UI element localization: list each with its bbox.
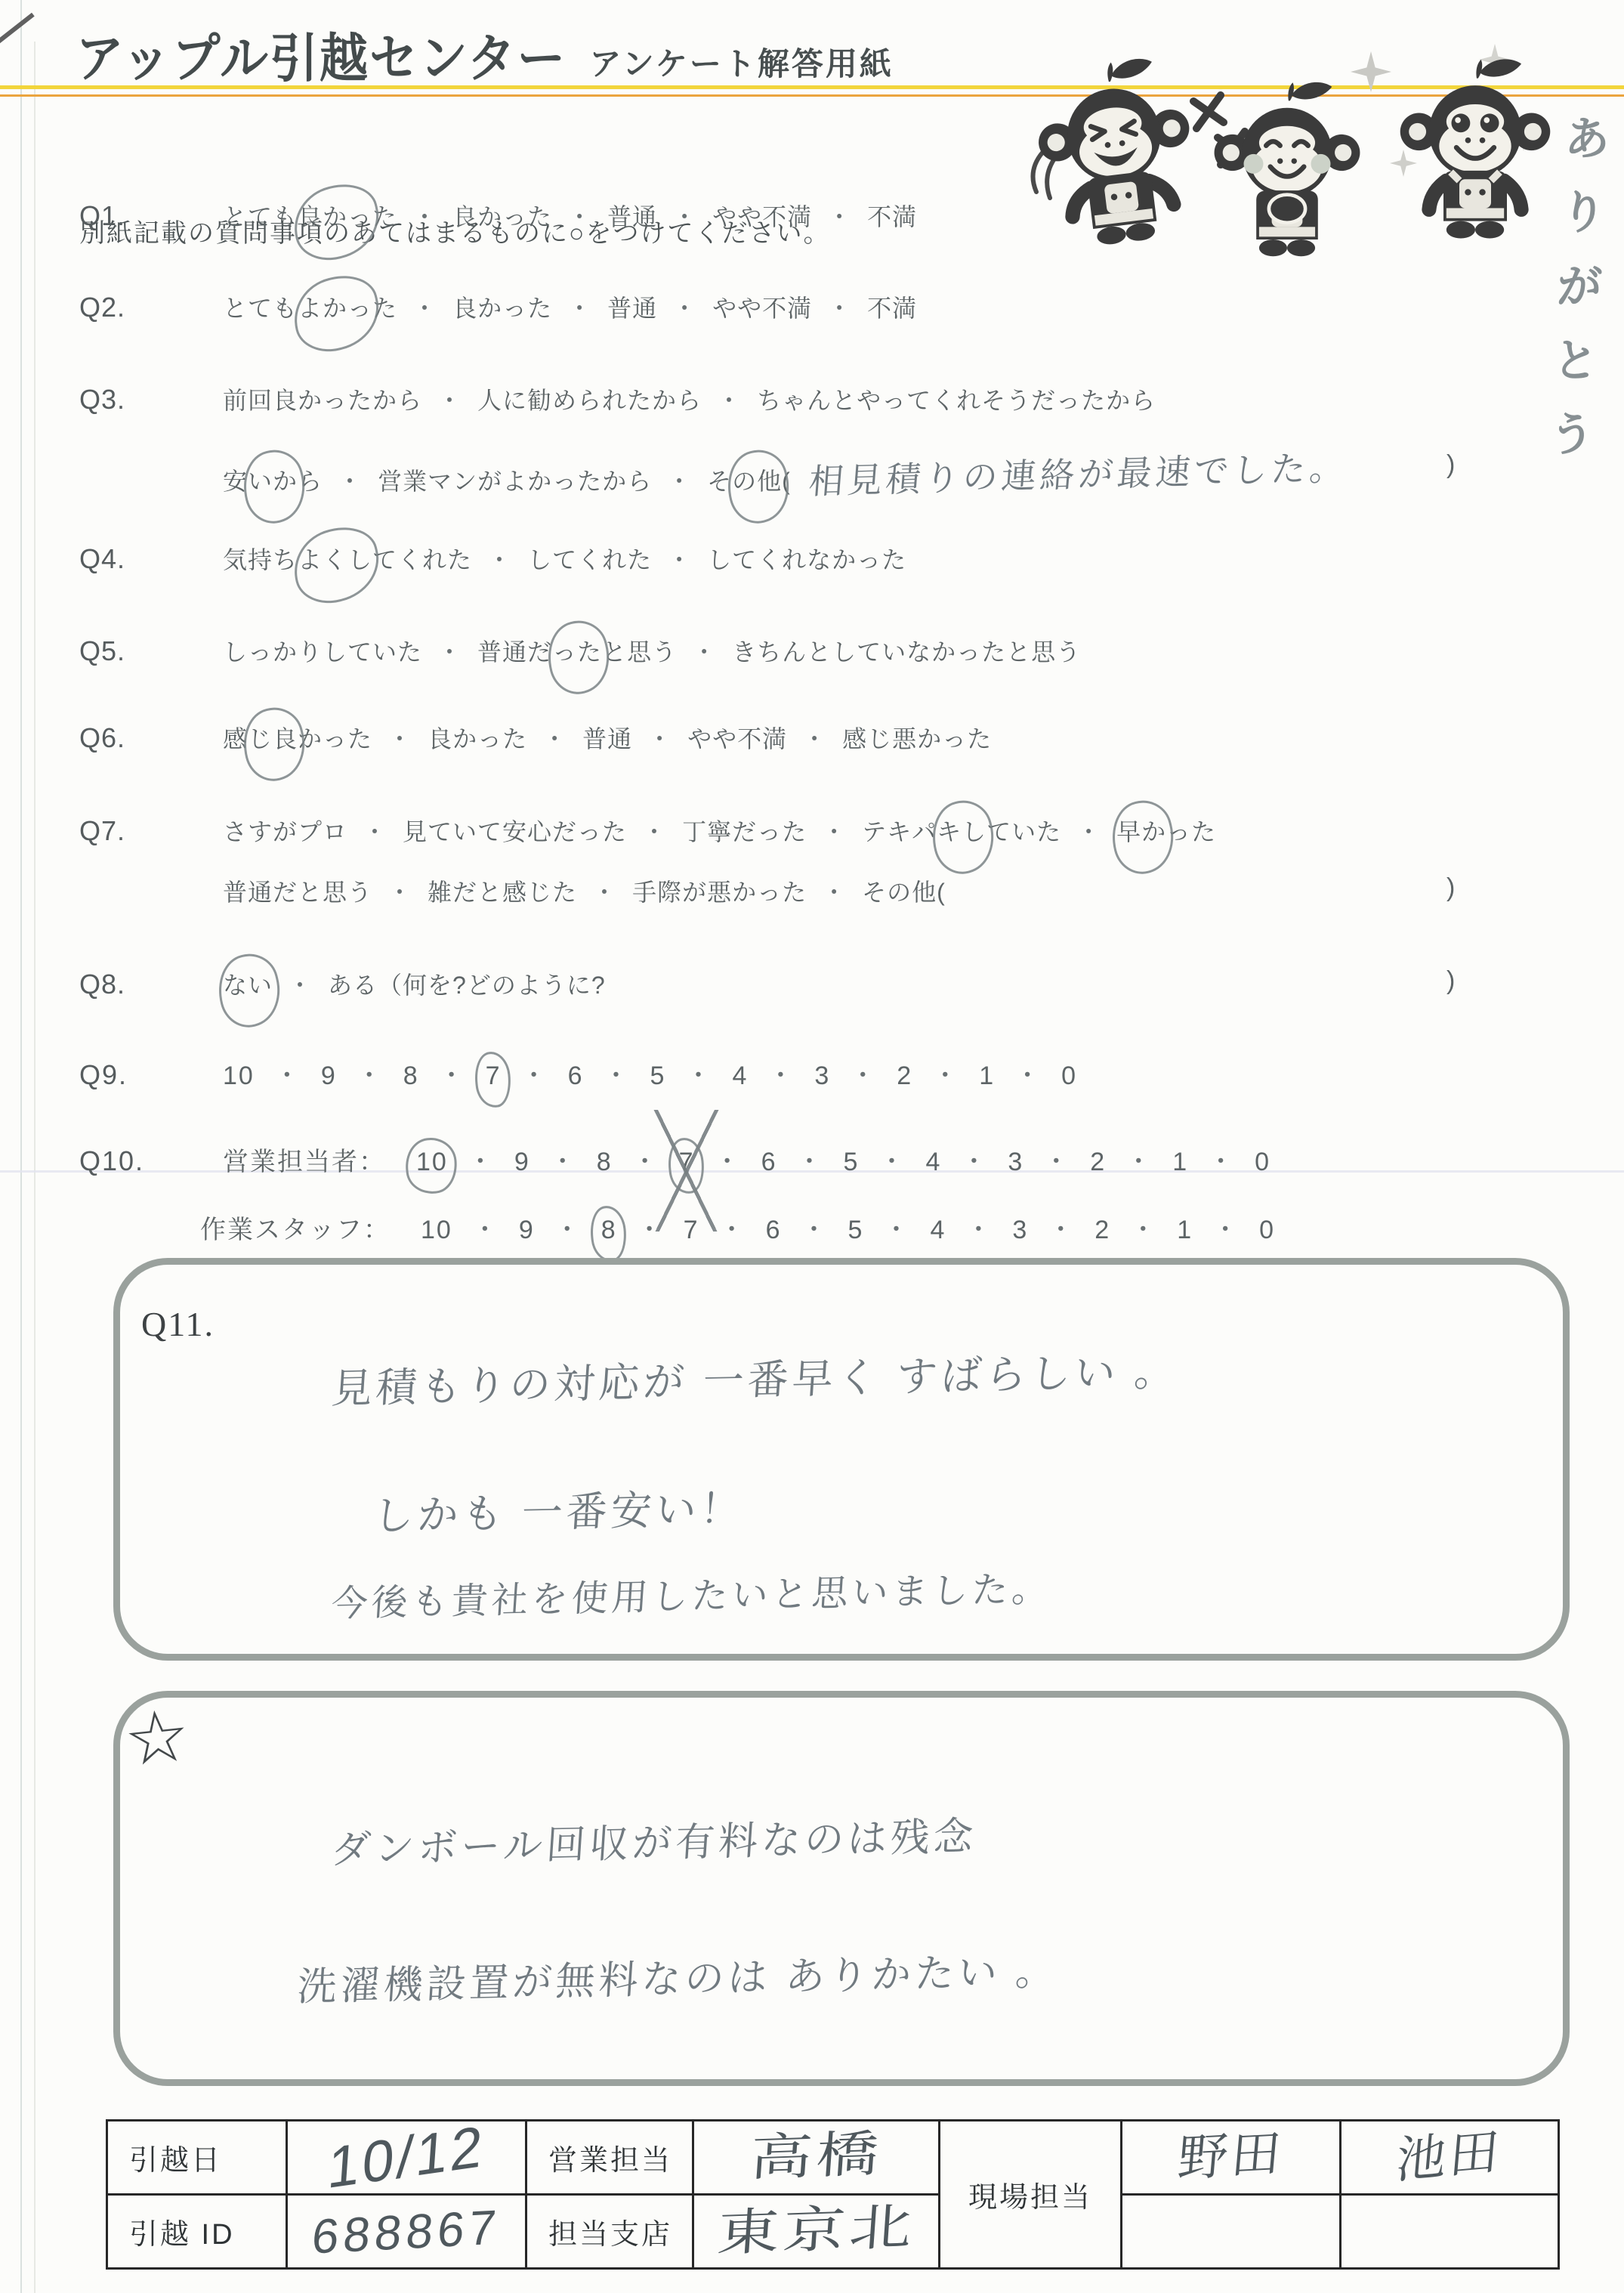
option-text: 良かった	[452, 198, 552, 233]
option-separator: ・	[647, 725, 672, 752]
question-row-q3-line1: Q3.前回良かったから・人に勧められたから・ちゃんとやってくれそうだったから	[79, 382, 1601, 427]
sales-rep-value: 高橋	[693, 2121, 940, 2195]
option-text: してくれなかった	[707, 541, 906, 576]
option-separator: ・	[1076, 818, 1101, 845]
question-label: Q2.	[79, 292, 223, 323]
option-text: 営業マンがよかったから	[378, 462, 652, 497]
branch-label: 担当支店	[526, 2195, 693, 2269]
answer-circle: よくし	[298, 541, 372, 576]
answer-circle: 良かっ	[298, 198, 372, 233]
option-separator: ・	[472, 1216, 499, 1244]
option-text: やや不満	[712, 198, 812, 233]
option-separator: ・	[1212, 1216, 1240, 1244]
option-text: 8	[597, 1148, 613, 1177]
question-label: Q8.	[79, 969, 223, 1000]
option-separator: ・	[288, 972, 313, 999]
option-separator: ・	[1125, 1148, 1153, 1176]
question-row-q2: Q2.とてもよかった・良かった・普通・やや不満・不満	[79, 289, 1601, 335]
closing-paren: )	[1446, 966, 1456, 996]
option-text: とても良かった	[223, 198, 397, 233]
option-separator: ・	[719, 1216, 746, 1244]
option-text: 3	[814, 1062, 830, 1091]
sales-rep-label: 営業担当	[526, 2121, 693, 2195]
option-separator: ・	[592, 879, 617, 906]
answer-circle: ない	[223, 966, 273, 1001]
option-text: 4	[732, 1062, 748, 1091]
option-separator: ・	[637, 1216, 664, 1244]
site-staff-label: 現場担当	[940, 2121, 1122, 2269]
option-text: その他(	[862, 873, 946, 908]
option-text: 0	[1255, 1148, 1270, 1177]
move-info-table: 引越日 10/12 営業担当 高橋 現場担当 野田 池田 引越 ID 68886…	[106, 2119, 1560, 2270]
answer-circle: 7	[486, 1062, 502, 1091]
option-separator: ・	[274, 1062, 301, 1090]
option-separator: ・	[567, 203, 592, 230]
option-separator: ・	[604, 1062, 631, 1090]
option-text: テキパキしていた	[862, 813, 1061, 848]
question-label: Q7.	[79, 815, 223, 847]
question-row-q6: Q6.感じ良かった・良かった・普通・やや不満・感じ悪かった	[79, 720, 1601, 765]
option-text: 5	[650, 1062, 666, 1091]
option-separator: ・	[827, 203, 852, 230]
option-text: 10	[416, 1148, 448, 1177]
answer-circle: 10	[416, 1148, 448, 1177]
question-label: Q10.	[79, 1145, 223, 1177]
option-text: やや不満	[687, 720, 787, 755]
answer-circle: キし	[937, 813, 986, 848]
option-text: ある（何を?どのように?	[328, 966, 606, 1001]
option-separator: ・	[802, 725, 827, 752]
option-separator: ・	[632, 1148, 659, 1176]
option-text: 不満	[867, 289, 917, 324]
option-text: 3	[1008, 1148, 1023, 1177]
monkey-mascot-shy	[1210, 82, 1364, 263]
option-text: 9	[519, 1216, 535, 1245]
option-text: 9	[321, 1062, 337, 1091]
question-row-q9: Q9.10・9・8・7・6・5・4・3・2・1・0	[79, 1055, 1601, 1100]
option-text: ちゃんとやってくれそうだったから	[757, 382, 1156, 416]
option-text: 7	[684, 1216, 699, 1245]
option-text: 1	[1172, 1148, 1188, 1177]
option-text: 見ていて安心だった	[403, 813, 627, 848]
question-row-q10-staff: 作業スタッフ：10・9・8・7・6・5・4・3・2・1・0	[79, 1209, 1601, 1254]
option-separator: ・	[550, 1148, 577, 1176]
option-text: 6	[568, 1062, 584, 1091]
scan-artifact-line	[20, 0, 22, 2293]
option-text: 1	[1177, 1216, 1193, 1245]
question-label: Q5.	[79, 635, 223, 667]
move-id-value: 688867	[287, 2195, 526, 2269]
option-text: 良かった	[428, 720, 527, 755]
option-text: 人に勧められたから	[477, 382, 702, 416]
question-row-q5: Q5.しっかりしていた・普通だったと思う・きちんとしていなかったと思う	[79, 633, 1601, 678]
option-separator: ・	[715, 1148, 742, 1176]
comment-box-extra: ダンボール回収が有料なのは残念 洗濯機設置が無料なのは ありかたい 。	[113, 1691, 1570, 2086]
answer-circle: じ良	[248, 720, 298, 755]
branch-value: 東京北	[693, 2195, 940, 2269]
option-text: ない	[223, 966, 273, 1001]
empty-cell	[1341, 2195, 1559, 2269]
answer-circle-crossed: 7	[679, 1148, 695, 1177]
answer-circle: 早か	[1116, 813, 1166, 848]
answer-circle: の他	[732, 462, 782, 497]
option-text: 10	[421, 1216, 452, 1245]
answer-circle: いか	[248, 462, 298, 497]
answer-circle: よかっ	[298, 289, 372, 324]
option-separator: ・	[1048, 1216, 1075, 1244]
scanned-survey-page: アップル引越センター アンケート解答用紙 別紙記載の質問事項のあてはまるものに○…	[0, 0, 1624, 2293]
header: アップル引越センター アンケート解答用紙	[76, 20, 894, 89]
question-row-q7-line2: 普通だと思う・雑だと感じた・手際が悪かった・その他()	[79, 873, 1601, 919]
option-text: 0	[1061, 1062, 1077, 1091]
handwritten-comment: ダンボール回収が有料なのは残念	[330, 1804, 979, 1874]
move-id-label: 引越 ID	[107, 2195, 287, 2269]
site-staff-value-1: 野田	[1122, 2121, 1341, 2195]
option-separator: ・	[961, 1148, 988, 1176]
option-separator: ・	[672, 203, 697, 230]
option-separator: ・	[439, 1062, 466, 1090]
monkey-mascot-smiling	[1396, 59, 1555, 245]
option-text: 感じ悪かった	[842, 720, 992, 755]
option-separator: ・	[672, 295, 697, 322]
closing-paren: )	[1446, 450, 1456, 480]
option-separator: ・	[1014, 1062, 1042, 1090]
option-text: とてもよかった	[223, 289, 397, 324]
option-text: 6	[761, 1148, 777, 1177]
option-separator: ・	[567, 295, 592, 322]
question-label: Q6.	[79, 722, 223, 754]
brand-title: アップル引越センター	[76, 17, 567, 91]
scan-corner-mark	[0, 13, 35, 43]
option-text: 丁寧だった	[682, 813, 807, 848]
monkey-mascot-laughing	[1026, 53, 1208, 258]
option-separator: ・	[437, 387, 462, 414]
option-separator: ・	[487, 546, 512, 573]
option-text: 1	[979, 1062, 995, 1091]
option-text: 普通だと思う	[223, 873, 372, 908]
option-text: 7	[486, 1062, 502, 1091]
option-text: きちんとしていなかったと思う	[732, 633, 1081, 668]
option-text: 5	[844, 1148, 860, 1177]
question-label: Q3.	[79, 384, 223, 416]
option-separator: ・	[437, 638, 462, 666]
option-text: さすがプロ	[223, 813, 347, 848]
handwritten-comment: しかも 一番安い！	[371, 1476, 746, 1542]
comment-box-q11: Q11. 見積もりの対応が 一番早く すばらしい 。 しかも 一番安い！ 今後も…	[113, 1258, 1570, 1661]
row-prefix-label: 営業担当者：	[223, 1148, 386, 1176]
option-separator: ・	[338, 468, 363, 495]
option-separator: ・	[850, 1062, 877, 1090]
option-text: 7	[679, 1148, 695, 1177]
question-label: Q4.	[79, 543, 223, 575]
question-row-q3-line2: 安いから・営業マンがよかったから・その他(相見積りの連絡が最速でした。)	[79, 450, 1601, 496]
row-prefix-label: 作業スタッフ：	[200, 1216, 391, 1244]
option-separator: ・	[692, 638, 717, 666]
option-separator: ・	[667, 468, 692, 495]
option-separator: ・	[932, 1062, 959, 1090]
answer-circle: 8	[601, 1216, 617, 1245]
option-separator: ・	[1130, 1216, 1157, 1244]
option-separator: ・	[521, 1062, 548, 1090]
option-text: 9	[514, 1148, 530, 1177]
option-separator: ・	[1208, 1148, 1235, 1176]
scan-artifact-line	[34, 42, 36, 2293]
answer-circle: った	[552, 633, 602, 668]
option-text: 2	[1095, 1216, 1110, 1245]
option-separator: ・	[685, 1062, 712, 1090]
option-text: 2	[1090, 1148, 1106, 1177]
option-text: 8	[601, 1216, 617, 1245]
question-row-q8: Q8.ない・ある（何を?どのように?)	[79, 966, 1601, 1012]
option-separator: ・	[468, 1148, 495, 1176]
option-text: 3	[1012, 1216, 1028, 1245]
handwritten-comment: 見積もりの対応が 一番早く すばらしい 。	[330, 1339, 1181, 1415]
form-title: アンケート解答用紙	[589, 39, 893, 85]
handwritten-other-text: 相見積りの連絡が最速でした。	[807, 440, 1350, 505]
mascot-illustration	[1012, 38, 1586, 257]
option-separator: ・	[357, 1062, 384, 1090]
option-text: 普通	[582, 720, 632, 755]
question-row-q7-line1: Q7.さすがプロ・見ていて安心だった・丁寧だった・テキパキしていた・早かった	[79, 813, 1601, 858]
option-separator: ・	[1043, 1148, 1070, 1176]
option-separator: ・	[412, 203, 437, 230]
option-separator: ・	[667, 546, 692, 573]
option-text: 5	[848, 1216, 864, 1245]
option-text: 前回良かったから	[223, 382, 422, 416]
move-date-label: 引越日	[107, 2121, 287, 2195]
option-text: 普通	[607, 198, 657, 233]
question-label: Q9.	[79, 1059, 223, 1091]
option-text: 4	[930, 1216, 946, 1245]
option-text: 安いから	[223, 462, 323, 497]
option-text: 普通だったと思う	[477, 633, 677, 668]
option-separator: ・	[642, 818, 667, 845]
question-label: Q1.	[79, 200, 223, 232]
option-text: しっかりしていた	[223, 633, 422, 668]
question-row-q10-sales: Q10.営業担当者：10・9・8・7・6・5・4・3・2・1・0	[79, 1141, 1601, 1186]
option-separator: ・	[883, 1216, 910, 1244]
option-separator: ・	[412, 295, 437, 322]
option-separator: ・	[822, 879, 847, 906]
option-text: 早かった	[1116, 813, 1216, 848]
option-text: 不満	[867, 198, 917, 233]
star-icon: ☆	[120, 1692, 193, 1783]
handwritten-comment: 今後も貴社を使用したいと思いました。	[330, 1559, 1054, 1627]
option-separator: ・	[878, 1148, 906, 1176]
option-separator: ・	[767, 1062, 795, 1090]
closing-paren: )	[1446, 873, 1456, 903]
site-staff-value-2: 池田	[1341, 2121, 1559, 2195]
option-separator: ・	[797, 1148, 824, 1176]
option-separator: ・	[387, 725, 412, 752]
option-separator: ・	[387, 879, 412, 906]
option-text: してくれた	[527, 541, 652, 576]
option-text: 良かった	[452, 289, 552, 324]
move-date-value: 10/12	[287, 2121, 526, 2195]
option-text: その他(	[707, 462, 791, 497]
question-row-q4: Q4.気持ちよくしてくれた・してくれた・してくれなかった	[79, 541, 1601, 586]
option-text: 8	[403, 1062, 419, 1091]
option-text: 0	[1259, 1216, 1275, 1245]
option-separator: ・	[554, 1216, 582, 1244]
option-text: 6	[766, 1216, 782, 1245]
empty-cell	[1122, 2195, 1341, 2269]
option-text: やや不満	[712, 289, 812, 324]
option-separator: ・	[822, 818, 847, 845]
option-separator: ・	[965, 1216, 993, 1244]
option-separator: ・	[363, 818, 387, 845]
option-text: 手際が悪かった	[632, 873, 807, 908]
q11-label: Q11.	[141, 1304, 215, 1344]
handwritten-comment: 洗濯機設置が無料なのは ありかたい 。	[296, 1939, 1061, 2011]
option-separator: ・	[827, 295, 852, 322]
option-text: 普通	[607, 289, 657, 324]
option-separator: ・	[717, 387, 742, 414]
option-text: 2	[897, 1062, 912, 1091]
option-separator: ・	[542, 725, 567, 752]
option-text: 感じ良かった	[223, 720, 372, 755]
option-text: 10	[223, 1062, 255, 1091]
option-separator: ・	[801, 1216, 829, 1244]
option-text: 4	[925, 1148, 941, 1177]
option-text: 雑だと感じた	[428, 873, 577, 908]
option-text: 気持ちよくしてくれた	[223, 541, 472, 576]
